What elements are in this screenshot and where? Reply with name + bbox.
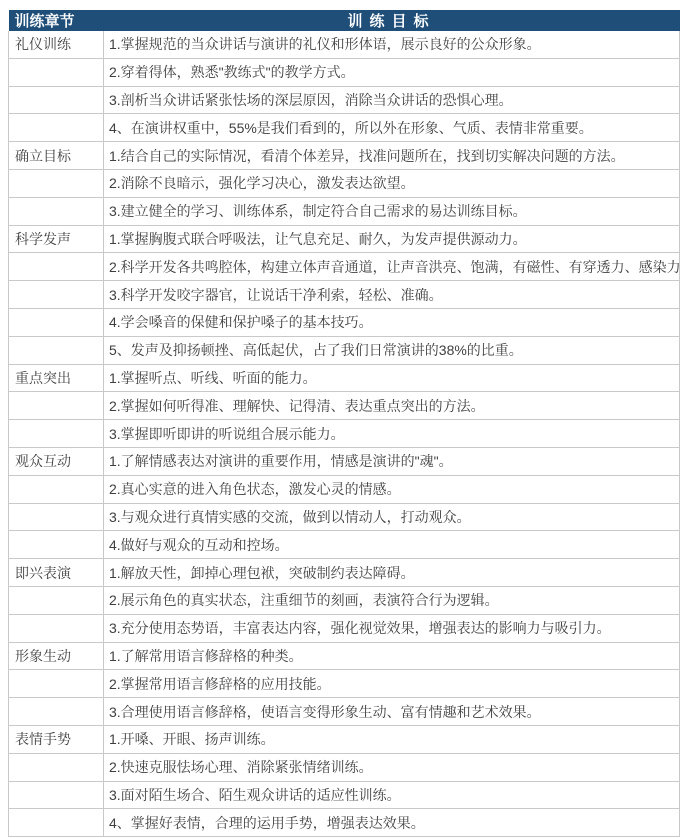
- chapter-cell: [9, 281, 104, 309]
- goal-cell: 2.消除不良暗示，强化学习决心，激发表达欲望。: [104, 169, 680, 197]
- goal-cell: 2.快速克服怯场心理、消除紧张情绪训练。: [104, 753, 680, 781]
- chapter-cell: 确立目标: [9, 142, 104, 170]
- header-row: 训练章节 训练目标: [9, 10, 680, 31]
- chapter-cell: [9, 114, 104, 142]
- goal-cell: 3.掌握即听即讲的听说组合展示能力。: [104, 420, 680, 448]
- table-row: 2.穿着得体，熟悉"教练式"的教学方式。: [9, 58, 680, 86]
- table-row: 确立目标1.结合自己的实际情况，看清个体差异，找准问题所在，找到切实解决问题的方…: [9, 142, 680, 170]
- chapter-cell: [9, 614, 104, 642]
- chapter-cell: [9, 58, 104, 86]
- goal-cell: 3.合理使用语言修辞格，使语言变得形象生动、富有情趣和艺术效果。: [104, 698, 680, 726]
- table-row: 重点突出1.掌握听点、听线、听面的能力。: [9, 364, 680, 392]
- table-row: 2.掌握如何听得准、理解快、记得清、表达重点突出的方法。: [9, 392, 680, 420]
- table-row: 科学发声1.掌握胸腹式联合呼吸法，让气息充足、耐久，为发声提供源动力。: [9, 225, 680, 253]
- goal-cell: 2.展示角色的真实状态，注重细节的刻画，表演符合行为逻辑。: [104, 586, 680, 614]
- goal-cell: 1.掌握听点、听线、听面的能力。: [104, 364, 680, 392]
- goal-cell: 2.掌握如何听得准、理解快、记得清、表达重点突出的方法。: [104, 392, 680, 420]
- chapter-cell: [9, 531, 104, 559]
- goal-cell: 3.与观众进行真情实感的交流，做到以情动人，打动观众。: [104, 503, 680, 531]
- table-row: 观众互动1.了解情感表达对演讲的重要作用，情感是演讲的"魂"。: [9, 447, 680, 475]
- table-row: 4.学会嗓音的保健和保护嗓子的基本技巧。: [9, 308, 680, 336]
- goal-cell: 2.真心实意的进入角色状态，激发心灵的情感。: [104, 475, 680, 503]
- table-row: 4、掌握好表情，合理的运用手势，增强表达效果。: [9, 809, 680, 837]
- goal-cell: 4、在演讲权重中，55%是我们看到的，所以外在形象、气质、表情非常重要。: [104, 114, 680, 142]
- goal-cell: 1.掌握胸腹式联合呼吸法，让气息充足、耐久，为发声提供源动力。: [104, 225, 680, 253]
- table-row: 3.合理使用语言修辞格，使语言变得形象生动、富有情趣和艺术效果。: [9, 698, 680, 726]
- chapter-cell: 科学发声: [9, 225, 104, 253]
- chapter-cell: [9, 169, 104, 197]
- chapter-cell: 重点突出: [9, 364, 104, 392]
- table-row: 3.面对陌生场合、陌生观众讲话的适应性训练。: [9, 781, 680, 809]
- table-row: 2.真心实意的进入角色状态，激发心灵的情感。: [9, 475, 680, 503]
- goal-cell: 1.开嗓、开眼、扬声训练。: [104, 725, 680, 753]
- table-row: 2.科学开发各共鸣腔体，构建立体声音通道，让声音洪亮、饱满，有磁性、有穿透力、感…: [9, 253, 680, 281]
- goal-cell: 1.解放天性，卸掉心理包袱，突破制约表达障碍。: [104, 559, 680, 587]
- table-row: 4.做好与观众的互动和控场。: [9, 531, 680, 559]
- table-row: 即兴表演1.解放天性，卸掉心理包袱，突破制约表达障碍。: [9, 559, 680, 587]
- chapter-cell: [9, 197, 104, 225]
- goal-cell: 3.科学开发咬字器官，让说话干净利索，轻松、准确。: [104, 281, 680, 309]
- chapter-cell: [9, 670, 104, 698]
- table-row: 形象生动1.了解常用语言修辞格的种类。: [9, 642, 680, 670]
- chapter-cell: [9, 86, 104, 114]
- chapter-cell: 表情手势: [9, 725, 104, 753]
- goal-cell: 2.穿着得体，熟悉"教练式"的教学方式。: [104, 58, 680, 86]
- chapter-cell: [9, 336, 104, 364]
- chapter-cell: [9, 753, 104, 781]
- table-row: 2.展示角色的真实状态，注重细节的刻画，表演符合行为逻辑。: [9, 586, 680, 614]
- goal-cell: 1.了解常用语言修辞格的种类。: [104, 642, 680, 670]
- training-table: 训练章节 训练目标 礼仪训练1.掌握规范的当众讲话与演讲的礼仪和形体语，展示良好…: [8, 10, 680, 837]
- chapter-cell: 即兴表演: [9, 559, 104, 587]
- header-chapter: 训练章节: [9, 10, 104, 31]
- goal-cell: 2.掌握常用语言修辞格的应用技能。: [104, 670, 680, 698]
- goal-cell: 5、发声及抑扬顿挫、高低起伏，占了我们日常演讲的38%的比重。: [104, 336, 680, 364]
- goal-cell: 3.面对陌生场合、陌生观众讲话的适应性训练。: [104, 781, 680, 809]
- table-row: 3.与观众进行真情实感的交流，做到以情动人，打动观众。: [9, 503, 680, 531]
- table-row: 5、发声及抑扬顿挫、高低起伏，占了我们日常演讲的38%的比重。: [9, 336, 680, 364]
- chapter-cell: [9, 392, 104, 420]
- header-goal: 训练目标: [104, 10, 680, 31]
- table-row: 2.快速克服怯场心理、消除紧张情绪训练。: [9, 753, 680, 781]
- goal-cell: 4.学会嗓音的保健和保护嗓子的基本技巧。: [104, 308, 680, 336]
- goal-cell: 3.建立健全的学习、训练体系，制定符合自己需求的易达训练目标。: [104, 197, 680, 225]
- chapter-cell: [9, 698, 104, 726]
- goal-cell: 1.了解情感表达对演讲的重要作用，情感是演讲的"魂"。: [104, 447, 680, 475]
- goal-cell: 1.掌握规范的当众讲话与演讲的礼仪和形体语，展示良好的公众形象。: [104, 31, 680, 58]
- goal-cell: 3.充分使用态势语，丰富表达内容，强化视觉效果，增强表达的影响力与吸引力。: [104, 614, 680, 642]
- table-row: 礼仪训练1.掌握规范的当众讲话与演讲的礼仪和形体语，展示良好的公众形象。: [9, 31, 680, 58]
- goal-cell: 4.做好与观众的互动和控场。: [104, 531, 680, 559]
- table-row: 3.充分使用态势语，丰富表达内容，强化视觉效果，增强表达的影响力与吸引力。: [9, 614, 680, 642]
- table-row: 2.掌握常用语言修辞格的应用技能。: [9, 670, 680, 698]
- goal-cell: 4、掌握好表情，合理的运用手势，增强表达效果。: [104, 809, 680, 837]
- chapter-cell: [9, 503, 104, 531]
- table-row: 表情手势1.开嗓、开眼、扬声训练。: [9, 725, 680, 753]
- chapter-cell: [9, 420, 104, 448]
- table-row: 3.掌握即听即讲的听说组合展示能力。: [9, 420, 680, 448]
- chapter-cell: [9, 308, 104, 336]
- table-row: 4、在演讲权重中，55%是我们看到的，所以外在形象、气质、表情非常重要。: [9, 114, 680, 142]
- table-body: 礼仪训练1.掌握规范的当众讲话与演讲的礼仪和形体语，展示良好的公众形象。2.穿着…: [9, 31, 680, 837]
- chapter-cell: [9, 253, 104, 281]
- chapter-cell: 形象生动: [9, 642, 104, 670]
- chapter-cell: [9, 586, 104, 614]
- table-row: 3.科学开发咬字器官，让说话干净利索，轻松、准确。: [9, 281, 680, 309]
- chapter-cell: 观众互动: [9, 447, 104, 475]
- table-row: 2.消除不良暗示，强化学习决心，激发表达欲望。: [9, 169, 680, 197]
- training-plan-page: 训练章节 训练目标 礼仪训练1.掌握规范的当众讲话与演讲的礼仪和形体语，展示良好…: [0, 0, 696, 838]
- goal-cell: 1.结合自己的实际情况，看清个体差异，找准问题所在，找到切实解决问题的方法。: [104, 142, 680, 170]
- goal-cell: 2.科学开发各共鸣腔体，构建立体声音通道，让声音洪亮、饱满，有磁性、有穿透力、感…: [104, 253, 680, 281]
- chapter-cell: [9, 809, 104, 837]
- table-row: 3.剖析当众讲话紧张怯场的深层原因，消除当众讲话的恐惧心理。: [9, 86, 680, 114]
- chapter-cell: [9, 475, 104, 503]
- chapter-cell: 礼仪训练: [9, 31, 104, 58]
- chapter-cell: [9, 781, 104, 809]
- table-row: 3.建立健全的学习、训练体系，制定符合自己需求的易达训练目标。: [9, 197, 680, 225]
- goal-cell: 3.剖析当众讲话紧张怯场的深层原因，消除当众讲话的恐惧心理。: [104, 86, 680, 114]
